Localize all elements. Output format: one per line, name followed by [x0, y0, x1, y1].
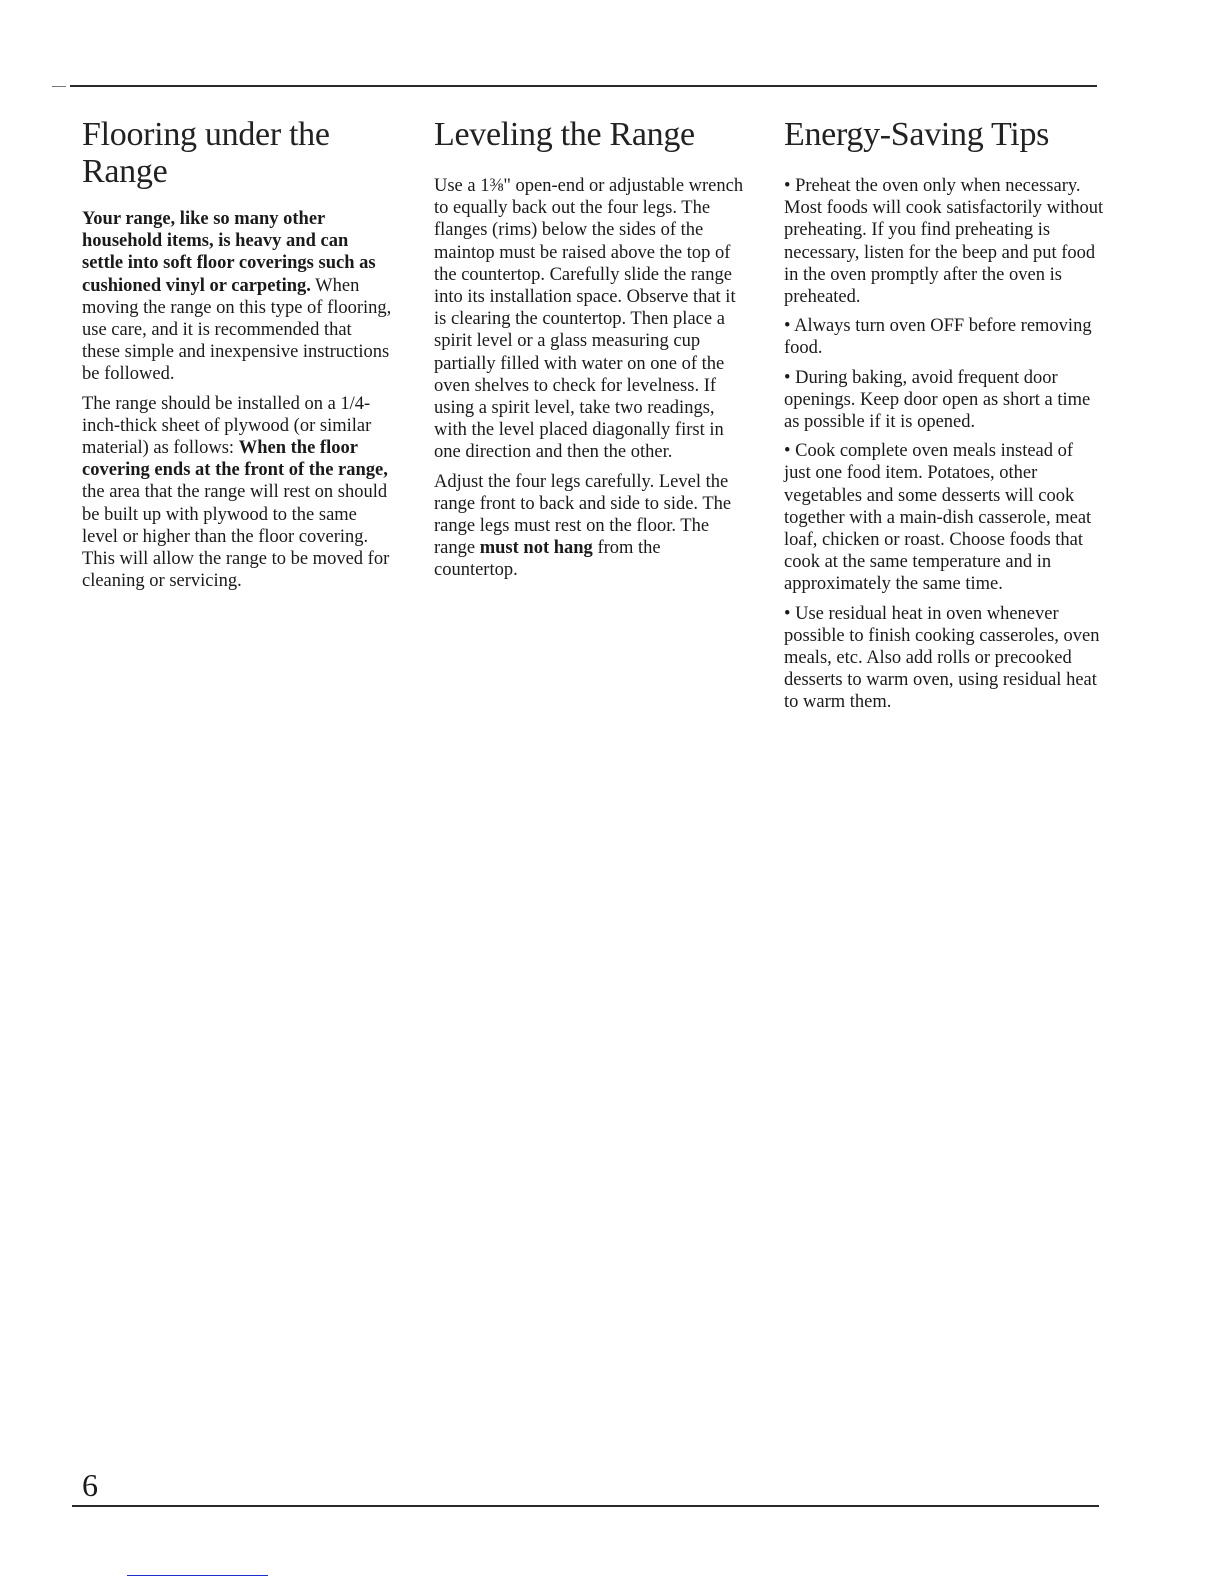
energy-tip: • Use residual heat in oven whenever pos… [784, 603, 1104, 714]
leveling-title: Leveling the Range [434, 116, 744, 153]
bottom-rule [72, 1505, 1099, 1507]
energy-tip: • During baking, avoid frequent door ope… [784, 367, 1104, 434]
energy-title: Energy-Saving Tips [784, 116, 1104, 153]
leveling-paragraph-1: Use a 1⅜" open-end or adjustable wrench … [434, 175, 744, 464]
leveling-warning-bold: must not hang [480, 538, 593, 558]
leveling-section: Leveling the Range Use a 1⅜" open-end or… [434, 116, 744, 589]
energy-tip: • Always turn oven OFF before removing f… [784, 315, 1104, 359]
flooring-title: Flooring under the Range [82, 116, 332, 190]
flooring-section: Flooring under the Range Your range, lik… [82, 116, 392, 599]
flooring-paragraph-2: The range should be installed on a 1/4-i… [82, 393, 392, 593]
energy-tip: • Preheat the oven only when necessary. … [784, 175, 1104, 308]
page-number: 6 [82, 1468, 98, 1502]
energy-tip: • Cook complete oven meals instead of ju… [784, 440, 1104, 595]
energy-section: Energy-Saving Tips • Preheat the oven on… [784, 116, 1104, 721]
flooring-paragraph-1: Your range, like so many other household… [82, 208, 392, 386]
top-rule [70, 85, 1097, 87]
scan-mark [52, 86, 66, 87]
link-underline [127, 1575, 268, 1576]
leveling-paragraph-2: Adjust the four legs carefully. Level th… [434, 471, 744, 582]
